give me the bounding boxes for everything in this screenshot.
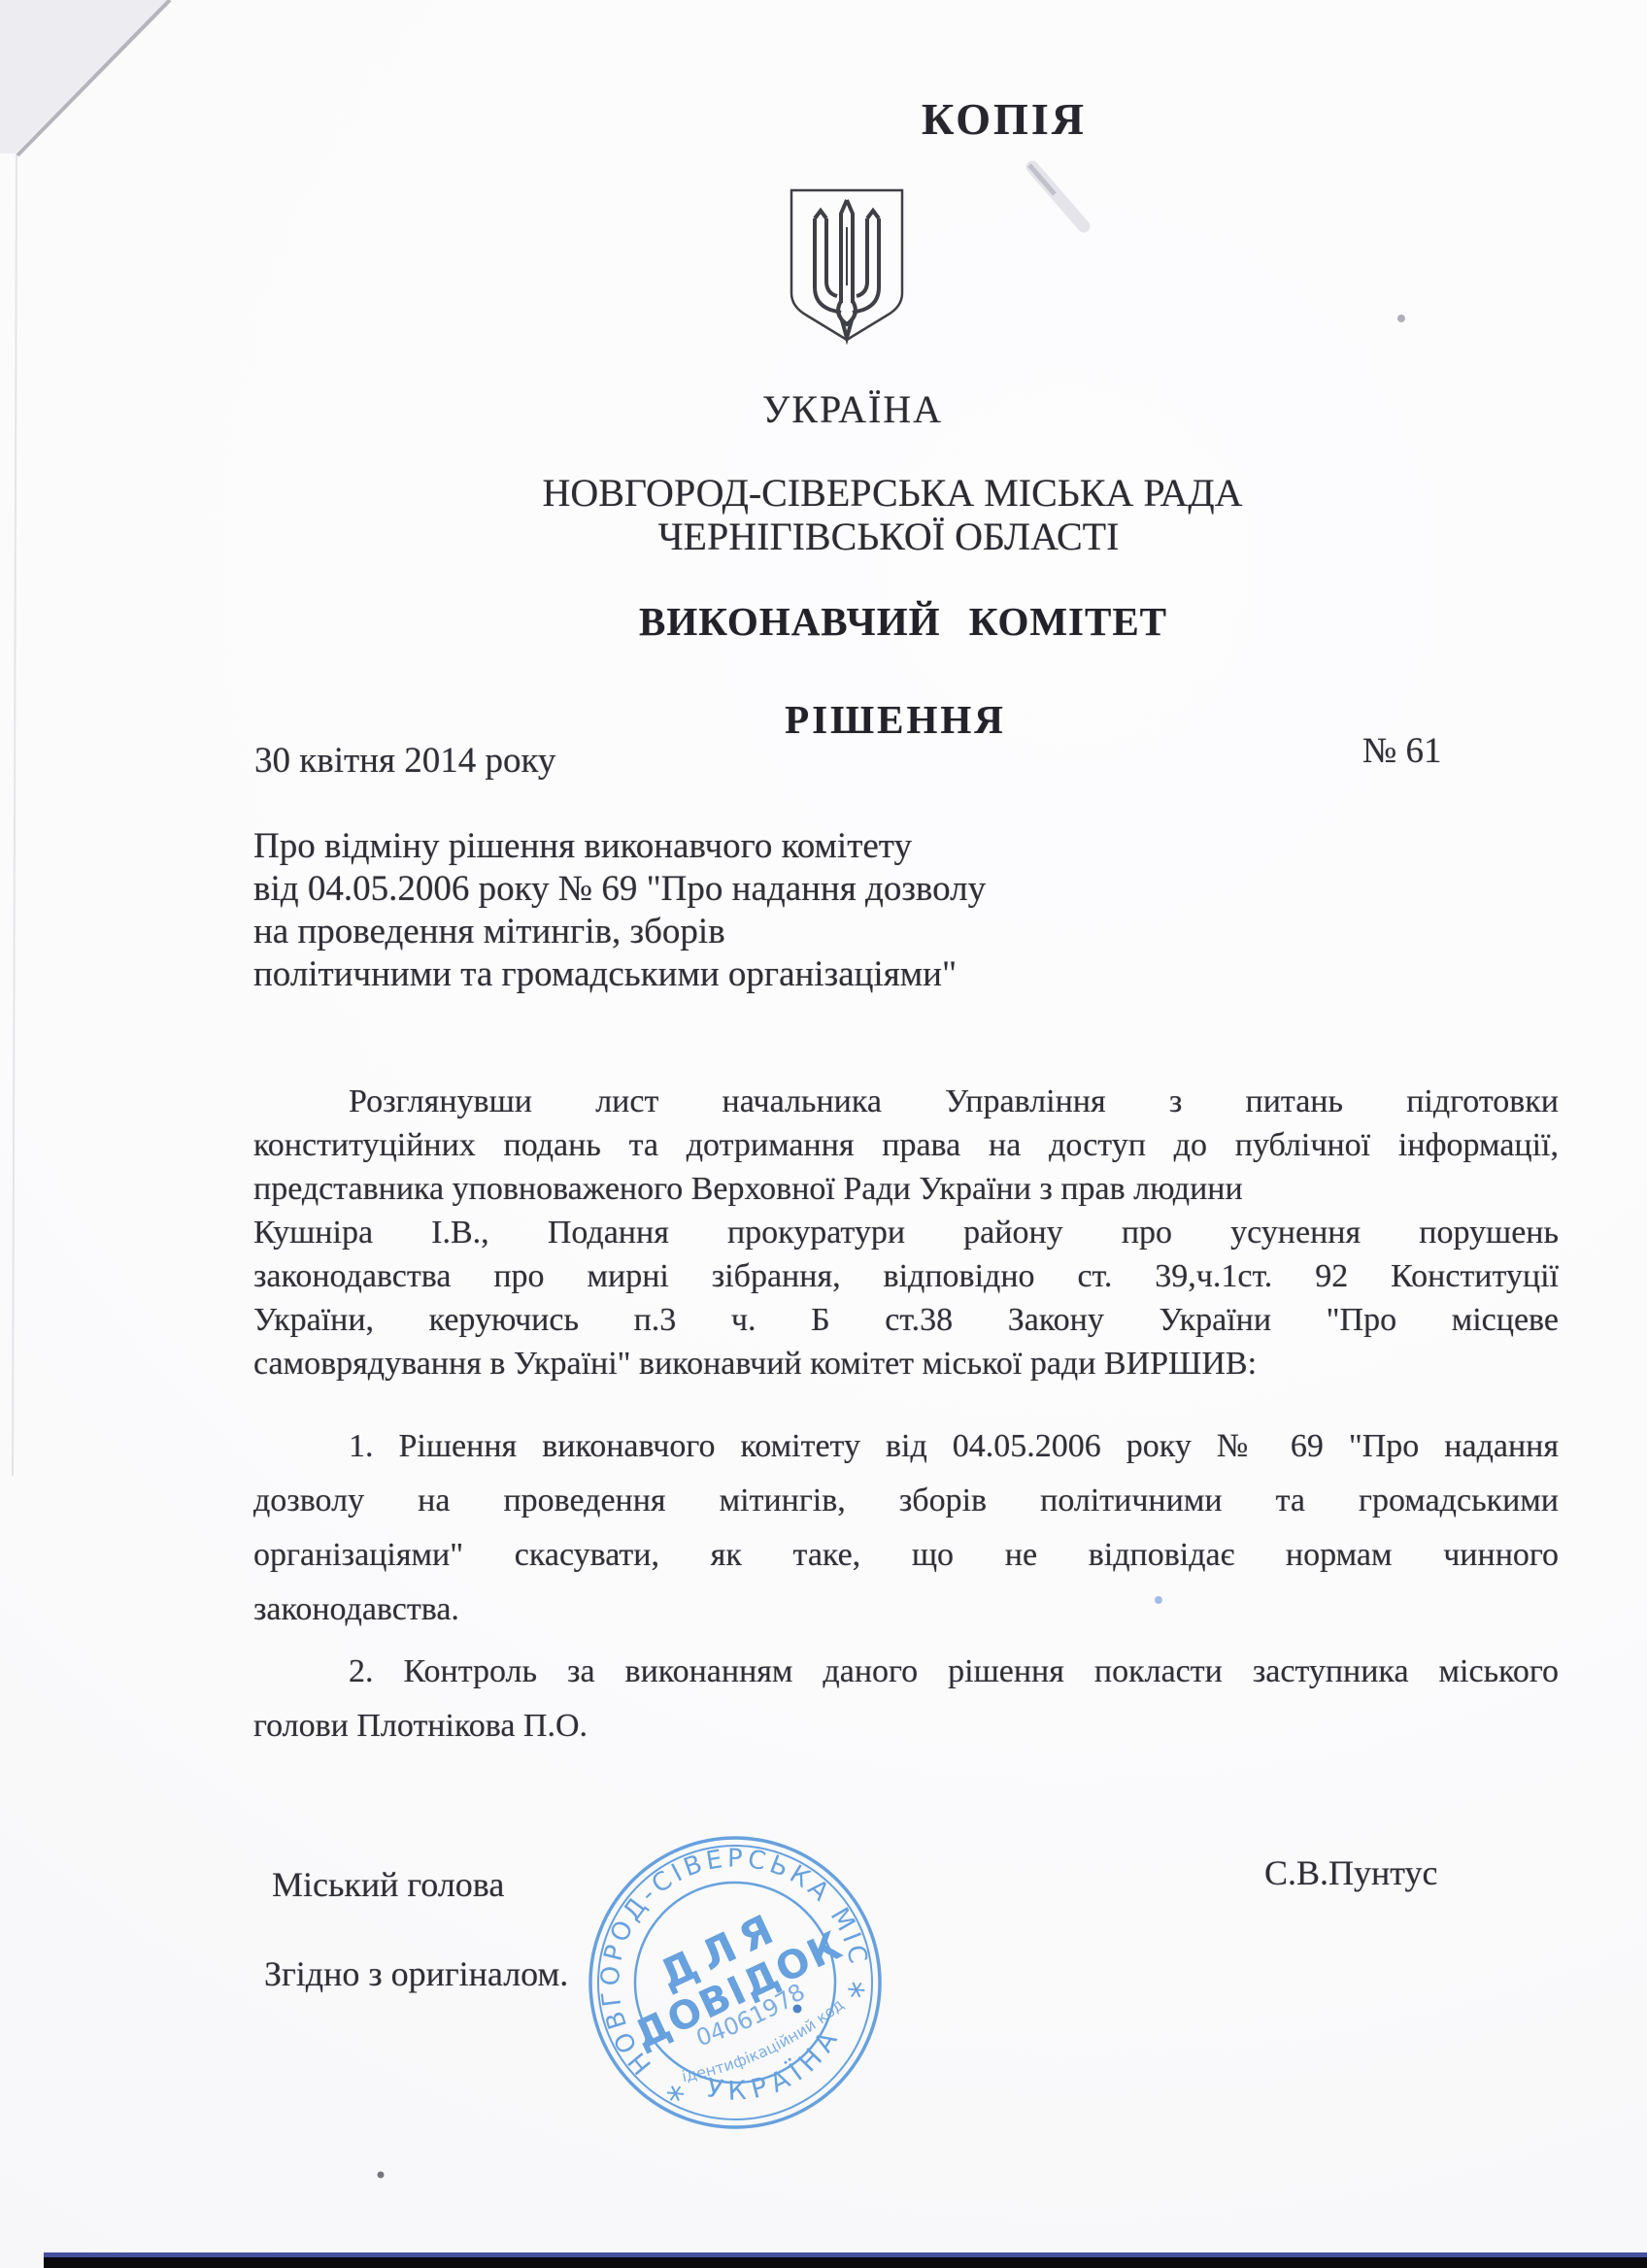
scratch-smudge [1032,167,1084,226]
speck [378,2172,385,2179]
document-date: 30 квітня 2014 року [254,740,555,782]
text-line: 1. Рішення виконавчого комітету від 04.0… [253,1419,1559,1474]
scratch-smudge-dark [1029,165,1055,194]
text-line: України, керуючись п.3 ч. Б ст.38 Закону… [253,1298,1559,1342]
text-line: дозволу на проведення мітингів, зборів п… [253,1474,1559,1528]
text-line: самоврядування в Україні" виконавчий ком… [253,1342,1559,1385]
text-line: Кушніра І.В., Подання прокуратури району… [253,1211,1559,1254]
text-line: представника уповноваженого Верховної Ра… [253,1167,1559,1211]
document-number: № 61 [1362,730,1442,772]
committee-title: ВИКОНАВЧИЙ КОМІТЕТ [639,598,1167,645]
speck [1397,315,1405,322]
opening-paragraph: Розглянувши лист начальника Управління з… [253,1080,1559,1385]
council-region: ЧЕРНІГІВСЬКОЇ ОБЛАСТІ [658,514,1120,559]
council-name: НОВГОРОД-СІВЕРСЬКА МІСЬКА РАДА [542,470,1242,516]
text-line: конституційних подань та дотримання прав… [253,1123,1559,1167]
text-line: на проведення мітингів, зборів [253,911,1205,953]
resolution-item-1: 1. Рішення виконавчого комітету від 04.0… [253,1419,1559,1637]
corner-fold-line [17,0,170,155]
text-line: від 04.05.2006 року № 69 "Про надання до… [253,868,1205,911]
text-line: організаціями" скасувати, як таке, що не… [253,1528,1559,1583]
stamp-ink-dot [793,2005,802,2014]
text-line: 2. Контроль за виконанням даного рішення… [253,1645,1559,1699]
certification-note: Згідно з оригіналом. [264,1953,568,1994]
document-type-title: РІШЕННЯ [785,696,1006,743]
text-line: законодавства. [253,1583,1559,1637]
stamp-texts: НОВГОРОД-СІВЕРСЬКА МІСЬКА РАДА УКРАЇНА *… [583,1830,888,2135]
scanner-edge-black [44,2257,1647,2268]
left-edge-line [13,153,17,1476]
country-title: УКРАЇНА [762,386,943,432]
round-stamp: НОВГОРОД-СІВЕРСЬКА МІСЬКА РАДА УКРАЇНА *… [583,1830,888,2135]
signature-title: Міський голова [272,1864,504,1905]
text-line: законодавства про мирні зібрання, відпов… [253,1254,1559,1298]
scanned-document-page: КОПІЯ УКРАЇНА НОВГОРОД-СІВЕРСЬКА МІСЬКА … [0,0,1647,2268]
copy-label: КОПІЯ [922,93,1087,145]
ukraine-trident-emblem-icon [787,186,907,346]
resolution-item-2: 2. Контроль за виконанням даного рішення… [253,1645,1559,1753]
text-line: Про відміну рішення виконавчого комітету [253,825,1205,868]
text-line: Розглянувши лист начальника Управління з… [253,1080,1559,1123]
subject-block: Про відміну рішення виконавчого комітету… [253,825,1205,996]
corner-fold-shade [0,0,168,153]
scanner-edge-blue [44,2252,1647,2257]
emblem-trident [815,200,879,338]
text-line: політичними та громадськими організаціям… [253,953,1205,996]
signature-name: С.В.Пунтус [1264,1852,1438,1893]
text-line: голови Плотнікова П.О. [253,1699,1559,1753]
